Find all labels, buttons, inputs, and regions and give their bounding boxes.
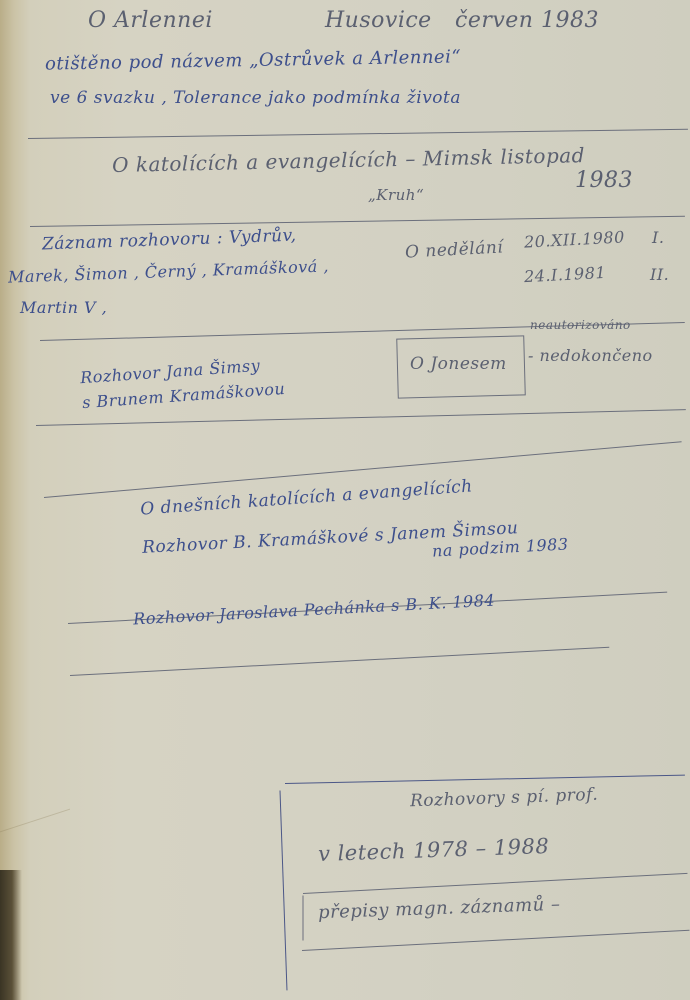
s3-note-label: O nedělání [405, 237, 504, 262]
s3-date1: 20.XII.1980 [524, 227, 626, 251]
s7-line2: v letech 1978 – 1988 [318, 834, 550, 866]
s3-date2: 24.I.1981 [524, 263, 607, 286]
paper-crease [0, 809, 70, 893]
s2-subtitle: „Kruh“ [368, 186, 424, 204]
s4-boxed: O Jonesem [410, 354, 507, 374]
s7-line1: Rozhovory s pí. prof. [410, 785, 599, 812]
s1-date: červen 1983 [455, 8, 599, 33]
divider-4 [36, 409, 686, 426]
box-bottom-line [302, 930, 690, 951]
s6-line1: Rozhovor Jaroslava Pechánka s B. K. 1984 [133, 591, 496, 629]
s7-line3: přepisy magn. záznamů – [318, 894, 561, 923]
s3-mark1: I. [652, 228, 664, 247]
s1-line3: ve 6 svazku , Tolerance jako podmínka ži… [50, 88, 461, 108]
inner-box-left [303, 896, 304, 941]
notebook-page: O Arlennei Husovice červen 1983 otištěno… [0, 0, 690, 1000]
s1-title: O Arlennei [88, 8, 213, 33]
box-top-line [285, 775, 685, 784]
s4-note: - nedokončeno [528, 346, 653, 365]
s4-note-top: neautorizováno [530, 318, 631, 332]
s1-line2: otištěno pod názvem „Ostrůvek a Arlennei… [45, 46, 461, 74]
s2-year: 1983 [575, 168, 633, 193]
box-mid-line [303, 873, 688, 894]
divider-2 [30, 216, 685, 227]
s3-line1: Záznam rozhovoru : Vydrův, [42, 226, 297, 255]
box-left-line [280, 790, 288, 990]
s3-line2: Marek, Šimon , Černý , Kramášková , [8, 256, 329, 286]
s5-line1: O dnešních katolících a evangelících [140, 476, 474, 519]
s2-title: O katolících a evangelících – Mimsk list… [112, 143, 585, 177]
s3-line3: Martin V , [20, 298, 107, 317]
divider-1 [28, 129, 688, 139]
s3-mark2: II. [650, 265, 669, 284]
divider-7 [70, 647, 609, 676]
s1-place: Husovice [325, 8, 432, 33]
